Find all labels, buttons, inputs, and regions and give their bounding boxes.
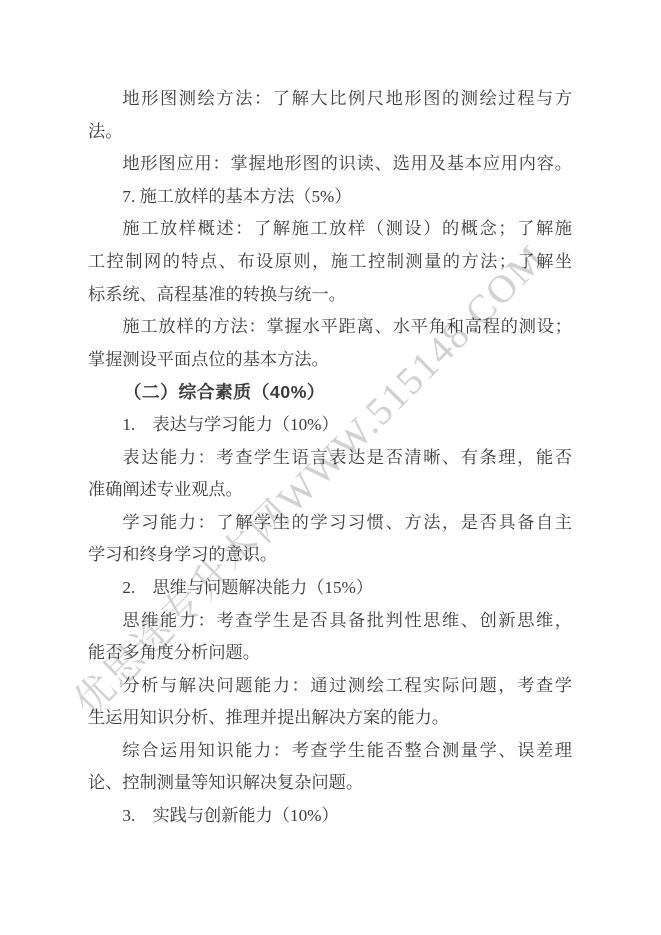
document-page: 优思途专升本网WWW.515148.COM 地形图测绘方法：了解大比例尺地形图的… bbox=[0, 0, 661, 935]
numbered-item-line: 2. 思维与问题解决能力（15%） bbox=[88, 572, 572, 605]
paragraph-line: 学习能力：了解学生的学习习惯、方法，是否具备自主 bbox=[88, 507, 572, 540]
numbered-item-line: 1. 表达与学习能力（10%） bbox=[88, 409, 572, 442]
paragraph-line: 地形图应用：掌握地形图的识读、选用及基本应用内容。 bbox=[88, 148, 572, 181]
paragraph-line: 地形图测绘方法：了解大比例尺地形图的测绘过程与方 bbox=[88, 83, 572, 116]
paragraph-line: 准确阐述专业观点。 bbox=[88, 474, 572, 507]
paragraph-line: 能否多角度分析问题。 bbox=[88, 637, 572, 670]
paragraph-line: 综合运用知识能力：考查学生能否整合测量学、误差理 bbox=[88, 735, 572, 768]
paragraph-line: 表达能力：考查学生语言表达是否清晰、有条理，能否 bbox=[88, 442, 572, 475]
paragraph-line: 工控制网的特点、布设原则，施工控制测量的方法；了解坐 bbox=[88, 246, 572, 279]
paragraph-line: 施工放样概述：了解施工放样（测设）的概念；了解施 bbox=[88, 213, 572, 246]
paragraph-line: 掌握测设平面点位的基本方法。 bbox=[88, 344, 572, 377]
paragraph-line: 标系统、高程基准的转换与统一。 bbox=[88, 279, 572, 312]
numbered-item-line: 3. 实践与创新能力（10%） bbox=[88, 800, 572, 833]
section-heading: （二）综合素质（40%） bbox=[88, 376, 572, 409]
numbered-item-line: 7. 施工放样的基本方法（5%） bbox=[88, 181, 572, 214]
document-body: 地形图测绘方法：了解大比例尺地形图的测绘过程与方 法。 地形图应用：掌握地形图的… bbox=[88, 83, 572, 833]
paragraph-line: 法。 bbox=[88, 116, 572, 149]
paragraph-line: 分析与解决问题能力：通过测绘工程实际问题，考查学 bbox=[88, 670, 572, 703]
paragraph-line: 施工放样的方法：掌握水平距离、水平角和高程的测设； bbox=[88, 311, 572, 344]
paragraph-line: 学习和终身学习的意识。 bbox=[88, 539, 572, 572]
paragraph-line: 思维能力：考查学生是否具备批判性思维、创新思维， bbox=[88, 605, 572, 638]
paragraph-line: 论、控制测量等知识解决复杂问题。 bbox=[88, 767, 572, 800]
paragraph-line: 生运用知识分析、推理并提出解决方案的能力。 bbox=[88, 702, 572, 735]
